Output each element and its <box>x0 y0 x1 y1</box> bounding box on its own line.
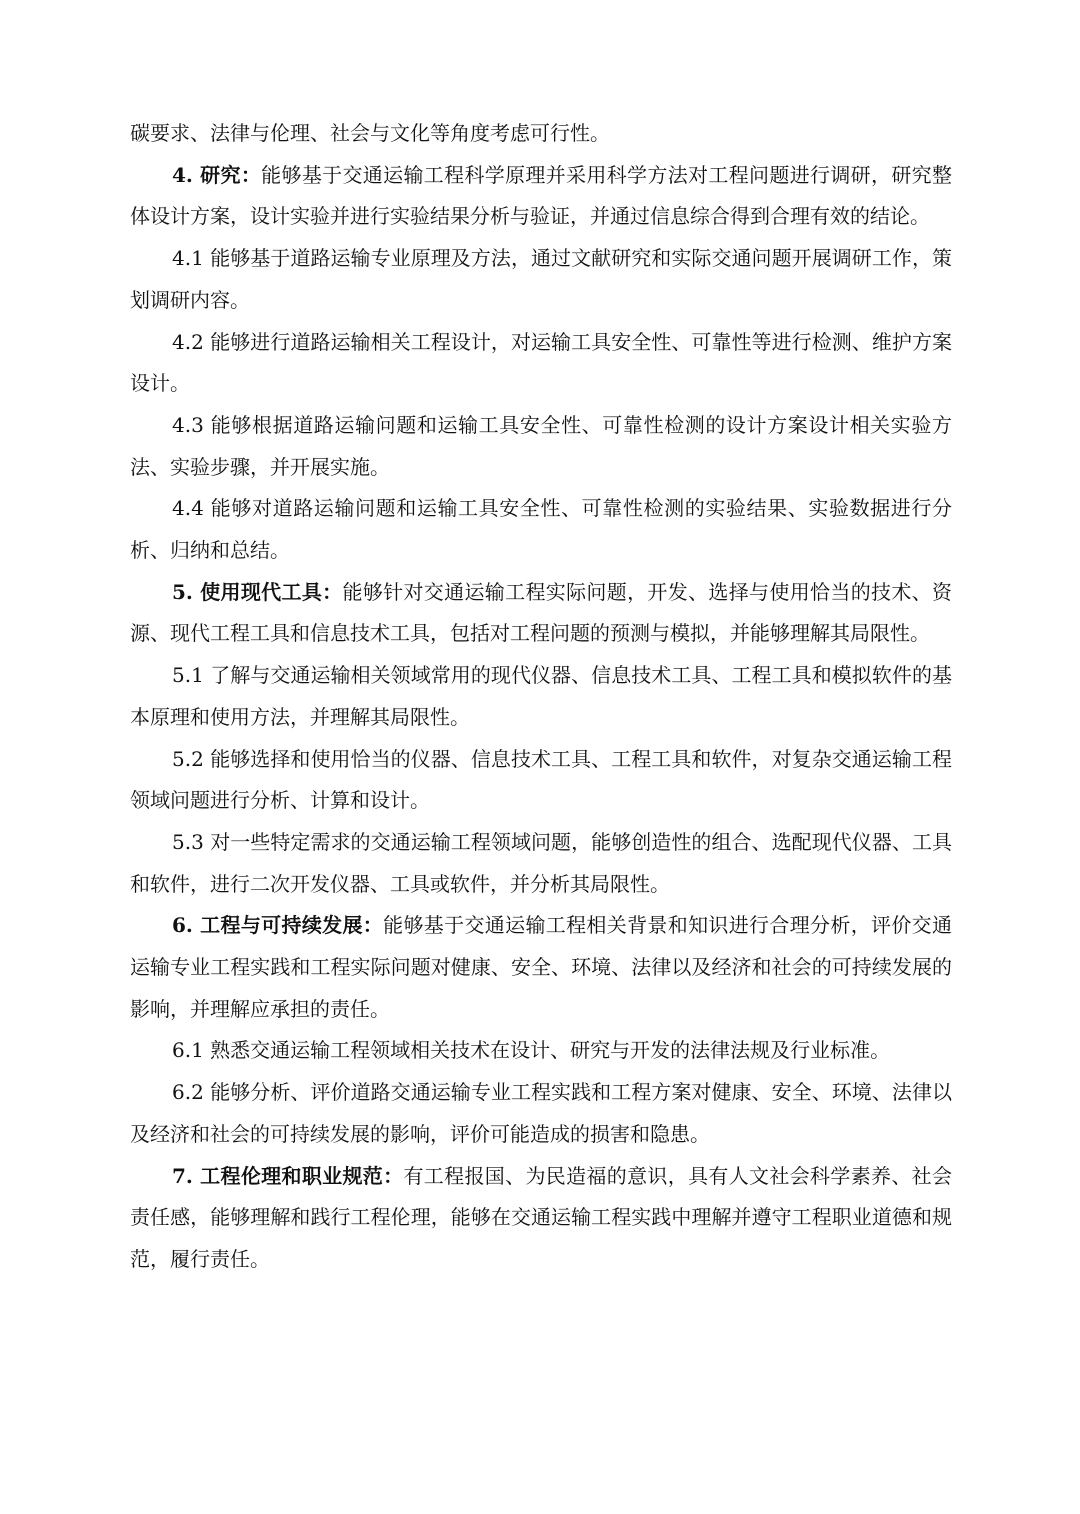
section-4-research: 4. 研究：能够基于交通运输工程科学原理并采用科学方法对工程问题进行调研，研究整… <box>130 155 952 238</box>
paragraph-text: 4.1 能够基于道路运输专业原理及方法，通过文献研究和实际交通问题开展调研工作，… <box>130 246 952 312</box>
item-5-1: 5.1 了解与交通运输相关领域常用的现代仪器、信息技术工具、工程工具和模拟软件的… <box>130 655 952 738</box>
item-5-3: 5.3 对一些特定需求的交通运输工程领域问题，能够创造性的组合、选配现代仪器、工… <box>130 822 952 905</box>
paragraph-text: 6.1 熟悉交通运输工程领域相关技术在设计、研究与开发的法律法规及行业标准。 <box>172 1038 890 1062</box>
item-4-4: 4.4 能够对道路运输问题和运输工具安全性、可靠性检测的实验结果、实验数据进行分… <box>130 488 952 571</box>
section-6-sustainability: 6. 工程与可持续发展：能够基于交通运输工程相关背景和知识进行合理分析，评价交通… <box>130 905 952 1030</box>
paragraph-text: 4.3 能够根据道路运输问题和运输工具安全性、可靠性检测的设计方案设计相关实验方… <box>130 413 952 479</box>
item-6-2: 6.2 能够分析、评价道路交通运输专业工程实践和工程方案对健康、安全、环境、法律… <box>130 1072 952 1155</box>
paragraph-text: 5.3 对一些特定需求的交通运输工程领域问题，能够创造性的组合、选配现代仪器、工… <box>130 830 952 896</box>
section-heading: 5. 使用现代工具： <box>172 580 342 604</box>
paragraph-text: 4.4 能够对道路运输问题和运输工具安全性、可靠性检测的实验结果、实验数据进行分… <box>130 496 952 562</box>
section-5-modern-tools: 5. 使用现代工具：能够针对交通运输工程实际问题，开发、选择与使用恰当的技术、资… <box>130 572 952 655</box>
paragraph-continuation: 碳要求、法律与伦理、社会与文化等角度考虑可行性。 <box>130 113 952 155</box>
item-4-1: 4.1 能够基于道路运输专业原理及方法，通过文献研究和实际交通问题开展调研工作，… <box>130 238 952 321</box>
paragraph-text: 碳要求、法律与伦理、社会与文化等角度考虑可行性。 <box>130 121 610 145</box>
item-4-3: 4.3 能够根据道路运输问题和运输工具安全性、可靠性检测的设计方案设计相关实验方… <box>130 405 952 488</box>
paragraph-text: 5.2 能够选择和使用恰当的仪器、信息技术工具、工程工具和软件，对复杂交通运输工… <box>130 747 952 813</box>
section-heading: 7. 工程伦理和职业规范： <box>172 1164 403 1188</box>
section-heading: 6. 工程与可持续发展： <box>172 913 383 937</box>
section-heading: 4. 研究： <box>172 163 261 187</box>
paragraph-text: 4.2 能够进行道路运输相关工程设计，对运输工具安全性、可靠性等进行检测、维护方… <box>130 330 952 396</box>
item-5-2: 5.2 能够选择和使用恰当的仪器、信息技术工具、工程工具和软件，对复杂交通运输工… <box>130 739 952 822</box>
document-page: 碳要求、法律与伦理、社会与文化等角度考虑可行性。 4. 研究：能够基于交通运输工… <box>130 113 952 1281</box>
paragraph-text: 5.1 了解与交通运输相关领域常用的现代仪器、信息技术工具、工程工具和模拟软件的… <box>130 663 952 729</box>
item-6-1: 6.1 熟悉交通运输工程领域相关技术在设计、研究与开发的法律法规及行业标准。 <box>130 1030 952 1072</box>
item-4-2: 4.2 能够进行道路运输相关工程设计，对运输工具安全性、可靠性等进行检测、维护方… <box>130 322 952 405</box>
section-7-ethics: 7. 工程伦理和职业规范：有工程报国、为民造福的意识，具有人文社会科学素养、社会… <box>130 1156 952 1281</box>
paragraph-text: 6.2 能够分析、评价道路交通运输专业工程实践和工程方案对健康、安全、环境、法律… <box>130 1080 952 1146</box>
